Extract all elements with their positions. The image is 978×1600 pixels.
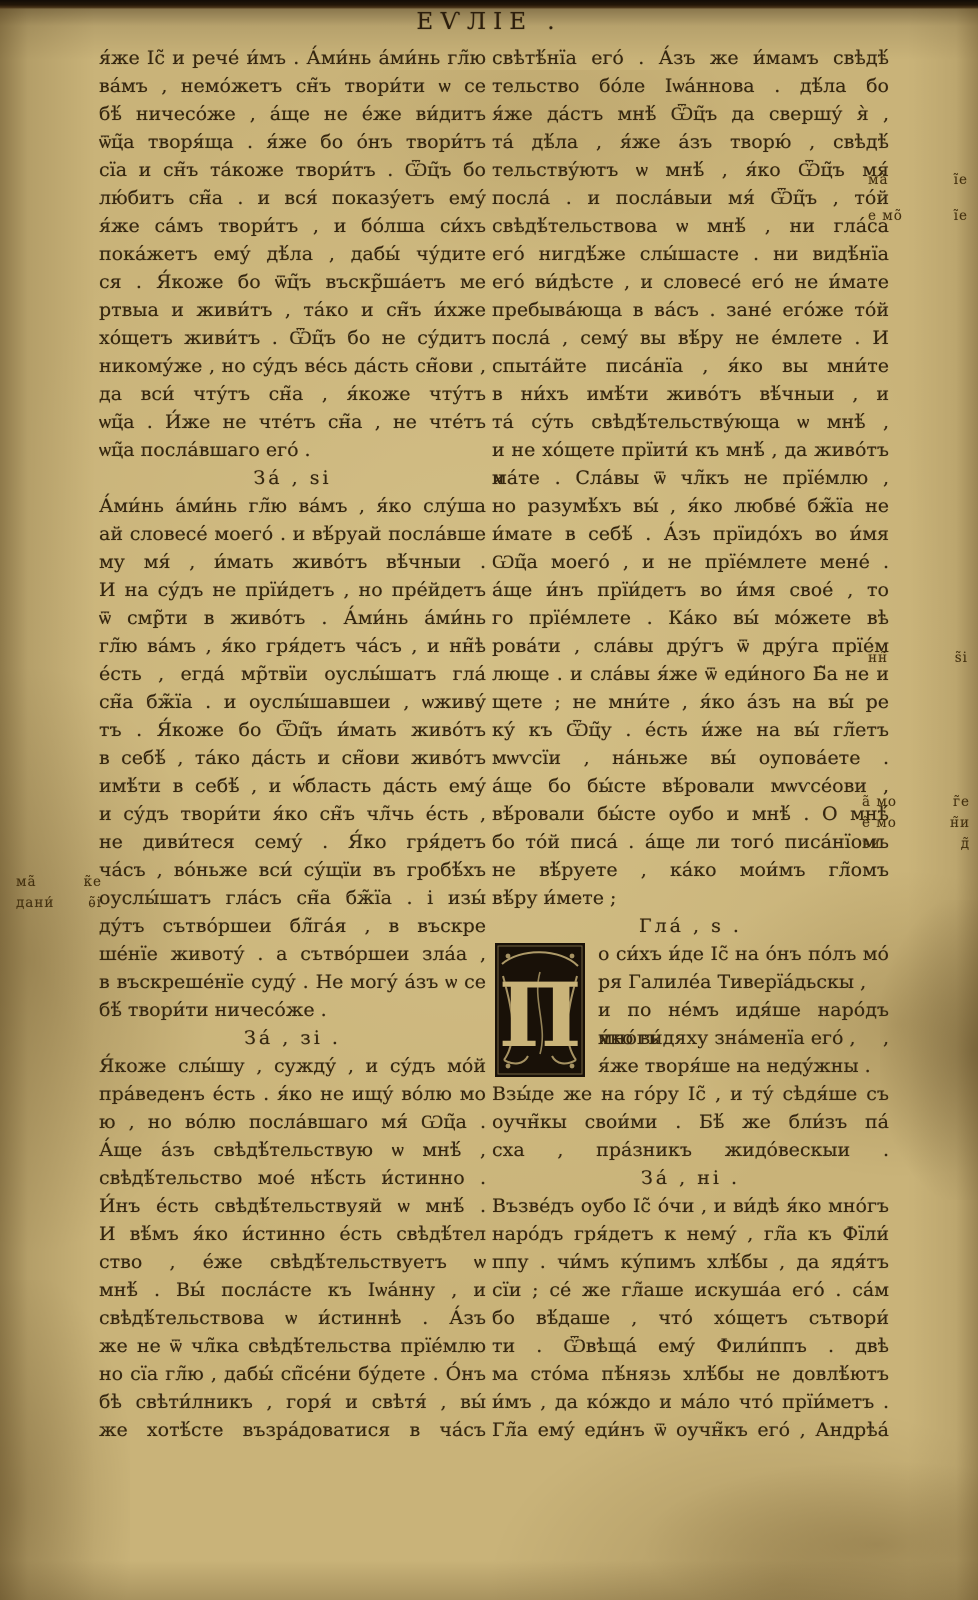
text-line: его́ ви́дѣсте , и словесе́ его́ не и́мат… bbox=[492, 268, 889, 296]
margin-note-text: ѕ̃і bbox=[955, 648, 968, 669]
text-line: сха , пра́зникъ жидо́вескыи . bbox=[492, 1136, 889, 1164]
text-line: же хотѣ́сте възра́доватися в ча́съ bbox=[99, 1416, 486, 1444]
text-line: тъ . Я́коже бо Ѿц̃ъ и́мать живо́тъ bbox=[99, 716, 486, 744]
text-line: а́ще бо бы́сте вѣ́ровали мѡѵсе́ови , bbox=[492, 772, 889, 800]
right-margin-note-4: а̃ мог̃ее̃ мон̃ивид̃ bbox=[862, 792, 970, 855]
text-line: ду́тъ сътво́ршеи бл̃га́я , в въскре bbox=[99, 912, 486, 940]
text-line: тельство бо́ле Іѡа́ннова . дѣ́ла бо bbox=[492, 72, 889, 100]
margin-note-row: а̃ мог̃е bbox=[862, 792, 970, 813]
text-line: я́же са́мъ твори́тъ , и бо́лша си́хъ bbox=[99, 212, 486, 240]
text-line: бѣ́ твори́ти ничесо́же . bbox=[99, 996, 486, 1024]
left-margin-note: ма̃к̃едани́ѳ̃і bbox=[16, 872, 102, 914]
text-line: бѣ́ ничесо́же , а́ще не е́же ви́дитъ bbox=[99, 100, 486, 128]
text-line: е́сть , егда́ мр̃твїи оуслы́шатъ гла́ bbox=[99, 660, 486, 688]
margin-note-text: нн̃ bbox=[868, 648, 888, 669]
section-heading: За́ , зі . bbox=[99, 1024, 486, 1052]
text-line: наро́дъ гря́детъ к нему́ , гл̃а къ Фїли́ bbox=[492, 1220, 889, 1248]
margin-note-text: н̃и bbox=[950, 813, 970, 834]
text-line: а́ще и́нъ прїи́детъ во и́мя свое́ , то bbox=[492, 576, 889, 604]
text-line: Ѡц̃а моего́ , и не прїе́млете мене́ . bbox=[492, 548, 889, 576]
text-line: И вѣ́мъ я́ко и́стинно е́сть свѣдѣ́тел bbox=[99, 1220, 486, 1248]
text-line: ртвыа и живи́тъ , та́ко и сн̃ъ и́хже bbox=[99, 296, 486, 324]
text-line: та́ су́ть свѣдѣ́тельству́юща ѡ мнѣ́ , bbox=[492, 408, 889, 436]
margin-note-row: е мо̃і̃е bbox=[868, 206, 968, 227]
right-margin-note-1: ма̃і̃е bbox=[868, 170, 968, 191]
text-line: пребыва́юща в ва́съ . зане́ его́же то́й bbox=[492, 296, 889, 324]
margin-note-row: нн̃ѕ̃і bbox=[868, 648, 968, 669]
text-line: И на су́дъ не прїи́детъ , но пре́йдетъ bbox=[99, 576, 486, 604]
margin-note-text: д̃ bbox=[961, 834, 970, 855]
text-line: ся . Я́коже бо ѿц̃ъ въскр̃ша́етъ ме bbox=[99, 268, 486, 296]
text-line: бо то́й писа́ . а́ще ли того́ писа́нїомъ bbox=[492, 828, 889, 856]
margin-note-row: е̃ мон̃и bbox=[862, 813, 970, 834]
text-line: тельству́ютъ ѡ мнѣ́ , я́ко Ѿц̃ъ мя́ bbox=[492, 156, 889, 184]
text-line: ппу . чи́мъ ку́пимъ хлѣ́бы , да ядя́тъ bbox=[492, 1248, 889, 1276]
text-line: Гл̃а ему́ еди́нъ ѿ оучн̃къ его́ , Андрѣа… bbox=[492, 1416, 889, 1444]
text-line: я́же да́стъ мнѣ́ Ѿц̃ъ да свершу́ я̀ , bbox=[492, 100, 889, 128]
text-line: вѣ́ровали бы́сте оубо и мнѣ́ . О мнѣ́ bbox=[492, 800, 889, 828]
margin-note-text: а̃ мо bbox=[862, 792, 897, 813]
text-line: сїи ; се́ же гл̃аше искуша́а его́ . са́м bbox=[492, 1276, 889, 1304]
text-line: посла́ , сему́ вы вѣ́ру не е́млете . И bbox=[492, 324, 889, 352]
text-line: в въскреше́нїе суду́ . Не могу́ а́зъ ѡ с… bbox=[99, 968, 486, 996]
text-line: в себѣ́ , та́ко да́сть и сн̃ови живо́тъ bbox=[99, 744, 486, 772]
book-page-scan: ЕѴЛІЕ . я́же Іс̃ и рече́ и́мъ . А́ми́нь … bbox=[0, 0, 978, 1600]
text-line: люще . и сла́вы я́же ѿ еди́ного Б̃а не и bbox=[492, 660, 889, 688]
text-line: та́ дѣ́ла , я́же а́зъ творю́ , свѣдѣ́ bbox=[492, 128, 889, 156]
text-line: Взы́де же на го́ру Іс̃ , и ту́ сѣдя́ше с… bbox=[492, 1080, 889, 1108]
text-line: имѣ́ти в себѣ́ , и ѡ́бласть да́сть ему́ bbox=[99, 772, 486, 800]
text-line: щете ; не мни́те , я́ко а́зъ на вы́ ре bbox=[492, 688, 889, 716]
text-line: ѡц̃а . И́же не чте́тъ сн̃а , не чте́тъ bbox=[99, 408, 486, 436]
text-line: я́же Іс̃ и рече́ и́мъ . А́ми́нь а́ми́нь … bbox=[99, 44, 486, 72]
text-line: никому́же , но су́дъ ве́сь да́сть сн̃ови… bbox=[99, 352, 486, 380]
text-line: же не ѿ чл̃ка свѣдѣ́тельства прїе́млю bbox=[99, 1332, 486, 1360]
margin-note-row: дани́ѳ̃і bbox=[16, 893, 102, 914]
text-line: не вѣ́руете , ка́ко мои́мъ гл̃омъ bbox=[492, 856, 889, 884]
text-line: оуслы́шатъ гла́съ сн̃а бж̃їа . і изы́ bbox=[99, 884, 486, 912]
section-heading: За́ , ѕі bbox=[99, 464, 486, 492]
margin-note-text: е̃ мо bbox=[862, 813, 897, 834]
text-line: в ни́хъ имѣ́ти живо́тъ вѣ́чныи , и bbox=[492, 380, 889, 408]
text-line: и́мъ , да ко́ждо и ма́ло что́ прїи́метъ … bbox=[492, 1388, 889, 1416]
running-head-title: ЕѴЛІЕ . bbox=[0, 9, 978, 35]
margin-note-text: е мо̃ bbox=[868, 206, 903, 227]
text-line: пра́веденъ е́сть . я́ко не ищу́ во́лю мо bbox=[99, 1080, 486, 1108]
text-line: ство , е́же свѣдѣ́тельствуетъ ѡ bbox=[99, 1248, 486, 1276]
text-line: оучн̃кы свои́ми . Бѣ́ же бли́зъ па́ bbox=[492, 1108, 889, 1136]
text-line: ѿц̃а творя́ща . я́же бо о́нъ твори́тъ bbox=[99, 128, 486, 156]
margin-note-row: вид̃ bbox=[862, 834, 970, 855]
margin-note-text: і̃е bbox=[954, 170, 968, 191]
text-line: ше́нїе животу́ . а сътво́ршеи зла́а , bbox=[99, 940, 486, 968]
text-line: спыта́йте писа́нїа , я́ко вы мни́те bbox=[492, 352, 889, 380]
page-top-edge bbox=[0, 0, 978, 9]
text-line: бѣ свѣти́лникъ , горя́ и свѣтя́ , вы́ bbox=[99, 1388, 486, 1416]
text-line: А́ми́нь а́ми́нь гл̃ю ва́мъ , я́ко слу́ша bbox=[99, 492, 486, 520]
margin-note-text: г̃е bbox=[953, 792, 970, 813]
text-line: ку́ къ Ѿц̃у . е́сть и́же на вы́ гл̃етъ bbox=[492, 716, 889, 744]
margin-note-text: і̃е bbox=[954, 206, 968, 227]
text-line: ю , но во́лю посла́вшаго мя́ Ѡц̃а . bbox=[99, 1108, 486, 1136]
text-line: и́мате в себѣ́ . А́зъ прїидо́хъ во и́мя bbox=[492, 520, 889, 548]
text-line: рова́ти , сла́вы дру́гъ ѿ дру́га прїе́м bbox=[492, 632, 889, 660]
text-line: Я́коже слы́шу , сужду́ , и су́дъ мо́й bbox=[99, 1052, 486, 1080]
text-line: го прїе́млете . Ка́ко вы́ мо́жете вѣ bbox=[492, 604, 889, 632]
text-line: ва́мъ , немо́жетъ сн̃ъ твори́ти ѡ се bbox=[99, 72, 486, 100]
text-line: свѣтѣ́нїа его́ . А́зъ же и́мамъ свѣдѣ́ bbox=[492, 44, 889, 72]
text-line: ма́те . Сла́вы ѿ чл̃къ не прїе́млю , bbox=[492, 464, 889, 492]
text-line: не диви́теся сему́ . Я́ко гря́детъ bbox=[99, 828, 486, 856]
paper-stain bbox=[640, 1460, 978, 1600]
text-line: ти . Ѿвѣща́ ему́ Фили́ппъ . двѣ bbox=[492, 1332, 889, 1360]
margin-note-text: ма̃ bbox=[868, 170, 889, 191]
text-line: но сїа гл̃ю , дабы́ сп̃се́ни бу́дете . О… bbox=[99, 1360, 486, 1388]
section-heading: Гла́ , ѕ . bbox=[492, 912, 889, 940]
margin-note-row: ма̃к̃е bbox=[16, 872, 102, 893]
text-line: му мя́ , и́мать живо́тъ вѣ́чныи . bbox=[99, 548, 486, 576]
text-line: свѣдѣ́тельство мое́ нѣ́сть и́стинно . bbox=[99, 1164, 486, 1192]
text-line: Възве́дъ оубо Іс̃ о́чи , и ви́дѣ я́ко мн… bbox=[492, 1192, 889, 1220]
text-line: хо́щетъ живи́тъ . Ѿц̃ъ бо не су́дитъ bbox=[99, 324, 486, 352]
text-line: ѡц̃а посла́вшаго его́ . bbox=[99, 436, 486, 464]
text-line: да вси́ чту́тъ сн̃а , я́коже чту́тъ bbox=[99, 380, 486, 408]
text-line: ча́съ , во́ньже вси́ су́щїи въ гробѣ́хъ bbox=[99, 856, 486, 884]
text-line: и су́дъ твори́ти я́ко сн̃ъ чл̃чь е́сть , bbox=[99, 800, 486, 828]
text-line: но разумѣ́хъ вы́ , я́ко любве́ бж̃їа не bbox=[492, 492, 889, 520]
initial-letter: П bbox=[498, 963, 581, 1067]
left-text-column: я́же Іс̃ и рече́ и́мъ . А́ми́нь а́ми́нь … bbox=[99, 44, 486, 1444]
text-line: пока́жетъ ему́ дѣ́ла , дабы́ чу́дите bbox=[99, 240, 486, 268]
margin-note-row: ма̃і̃е bbox=[868, 170, 968, 191]
woodcut-initial-ornament: П bbox=[494, 942, 586, 1078]
text-line: посла́ . и посла́выи мя́ Ѿц̃ъ , то́й bbox=[492, 184, 889, 212]
text-line: и не хо́щете прїити́ къ мнѣ́ , да живо́т… bbox=[492, 436, 889, 464]
text-line: гл̃ю ва́мъ , я́ко гря́детъ ча́съ , и нн̃… bbox=[99, 632, 486, 660]
margin-note-text: ви bbox=[862, 834, 881, 855]
right-margin-note-3: нн̃ѕ̃і bbox=[868, 648, 968, 669]
text-line: лю́битъ сн̃а . и вся́ показу́етъ ему́ bbox=[99, 184, 486, 212]
right-margin-note-2: е мо̃і̃е bbox=[868, 206, 968, 227]
margin-note-text: дани́ bbox=[16, 893, 54, 914]
text-line: вѣ́ру и́мете ; bbox=[492, 884, 889, 912]
text-line: бо вѣ́даше , что́ хо́щетъ сътвори́ bbox=[492, 1304, 889, 1332]
text-line: свѣдѣ́тельствова ѡ и́стиннѣ . А́зъ bbox=[99, 1304, 486, 1332]
text-line: сїа и сн̃ъ та́коже твори́тъ . Ѿц̃ъ бо bbox=[99, 156, 486, 184]
section-heading: За́ , ні . bbox=[492, 1164, 889, 1192]
text-line: ма сто́ма пѣ́нязь хлѣ́бы не довлѣ́ютъ bbox=[492, 1360, 889, 1388]
text-line: А́ще а́зъ свѣдѣ́тельствую ѡ мнѣ́ , bbox=[99, 1136, 486, 1164]
text-line: свѣдѣ́тельствова ѡ мнѣ́ , ни гла́са bbox=[492, 212, 889, 240]
margin-note-text: к̃е bbox=[84, 872, 102, 893]
text-line: И́нъ е́сть свѣдѣ́тельствуяй ѡ мнѣ́ . bbox=[99, 1192, 486, 1220]
margin-note-text: ѳ̃і bbox=[88, 893, 102, 914]
text-line: сн̃а бж̃їа . и оуслы́шавшеи , ѡживу́ bbox=[99, 688, 486, 716]
text-line: мѡѵсїи , на́ньже вы́ оупова́ете . bbox=[492, 744, 889, 772]
text-line: ѿ смр̃ти в живо́тъ . А́ми́нь а́ми́нь bbox=[99, 604, 486, 632]
paper-stain bbox=[880, 900, 978, 1200]
text-line: его́ нигдѣ́же слы́шасте . ни видѣ́нїа bbox=[492, 240, 889, 268]
chapter-opening-with-initial: П о си́хъ и́де Іс̃ на о́нъ по́лъ мо́ря Г… bbox=[492, 940, 889, 1080]
text-line: мнѣ́ . Вы́ посла́сте къ Іѡа́нну , и bbox=[99, 1276, 486, 1304]
text-line: ай словесе́ моего́ . и вѣ́руай посла́вше bbox=[99, 520, 486, 548]
margin-note-text: ма̃ bbox=[16, 872, 37, 893]
right-text-column: свѣтѣ́нїа его́ . А́зъ же и́мамъ свѣдѣ́те… bbox=[492, 44, 889, 1444]
